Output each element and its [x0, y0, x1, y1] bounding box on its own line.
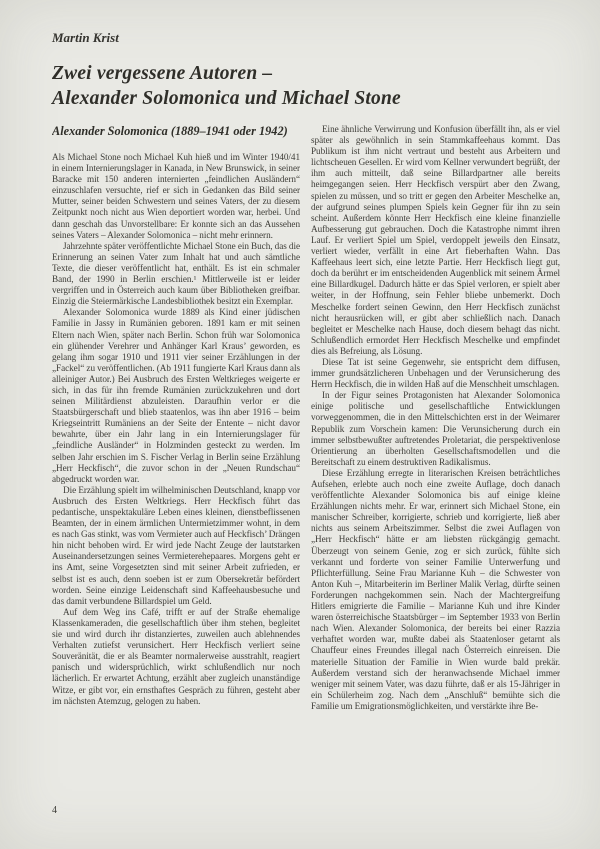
page-title: Zwei vergessene Autoren – Alexander Solo…	[52, 61, 560, 111]
paragraph: Als Michael Stone noch Michael Kuh hieß …	[52, 152, 300, 241]
page-title-line-1: Zwei vergessene Autoren –	[52, 61, 560, 86]
paragraph: Diese Tat ist seine Gegenwehr, sie entsp…	[311, 357, 560, 390]
author-name: Martin Krist	[52, 30, 560, 46]
right-column: Eine ähnliche Verwirrung und Konfusion ü…	[311, 124, 560, 814]
paragraph: Alexander Solomonica wurde 1889 als Kind…	[52, 307, 300, 485]
paragraph: Diese Erzählung erregte in literarischen…	[311, 468, 560, 712]
scanned-book-page: Martin Krist Zwei vergessene Autoren – A…	[0, 0, 600, 849]
paragraph: Auf dem Weg ins Café, trifft er auf der …	[52, 607, 300, 707]
paragraph: Die Erzählung spielt im wilhelminischen …	[52, 485, 300, 607]
paragraph: Jahrzehnte später veröffentlichte Michae…	[52, 241, 300, 308]
section-heading: Alexander Solomonica (1889–1941 oder 194…	[52, 124, 300, 139]
page-number: 4	[52, 805, 57, 816]
page-title-line-2: Alexander Solomonica und Michael Stone	[52, 86, 560, 111]
left-column: Alexander Solomonica (1889–1941 oder 194…	[52, 124, 300, 814]
paragraph: In der Figur seines Protagonisten hat Al…	[311, 390, 560, 468]
paragraph: Eine ähnliche Verwirrung und Konfusion ü…	[311, 124, 560, 357]
two-column-text-block: Alexander Solomonica (1889–1941 oder 194…	[52, 124, 560, 814]
